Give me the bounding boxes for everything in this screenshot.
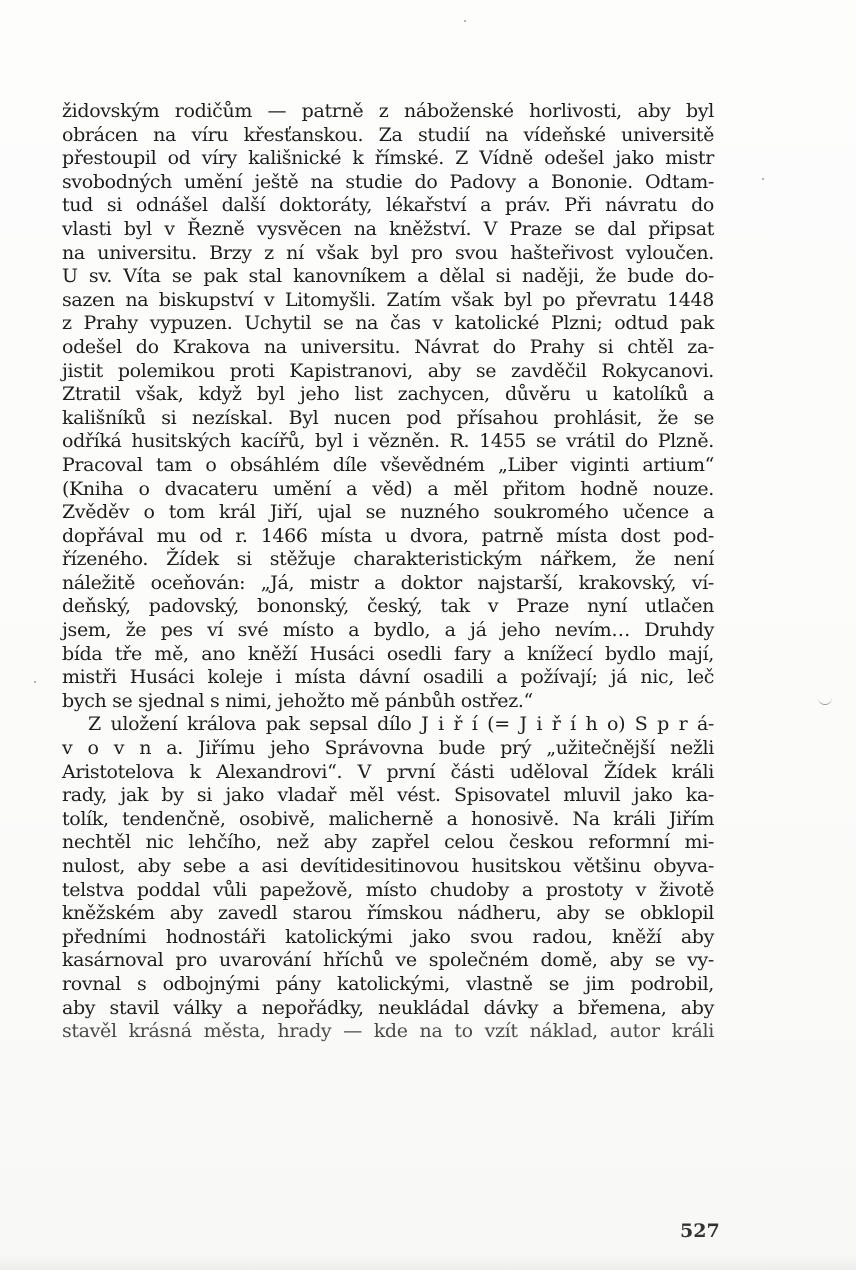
text-line: vlasti byl v Řezně vysvěcen na kněžství.… (62, 218, 714, 242)
page-number: 527 (680, 1220, 720, 1242)
text-line: bída tře mě, ano kněží Husáci osedli far… (62, 643, 714, 667)
text-line: jistit polemikou proti Kapistranovi, aby… (62, 360, 714, 384)
text-line: mistři Husáci koleje i místa dávní osadi… (62, 666, 714, 690)
text-line: kněžském aby zavedl starou římskou nádhe… (62, 902, 714, 926)
paragraph-1: židovským rodičům — patrně z náboženské … (62, 100, 714, 713)
text-line: z Prahy vypuzen. Uchytil se na čas v kat… (62, 312, 714, 336)
text-line: (Kniha o dvacateru umění a věd) a měl př… (62, 478, 714, 502)
text-line: řízeného. Žídek si stěžuje charakteristi… (62, 548, 714, 572)
text-line: Pracoval tam o obsáhlém díle vševědném „… (62, 454, 714, 478)
text-line: Z uložení králova pak sepsal dílo J i ř … (62, 713, 714, 737)
text-line: na universitu. Brzy z ní však byl pro sv… (62, 242, 714, 266)
text-line: rovnal s odbojnými pány katolickými, vla… (62, 973, 714, 997)
text-line: dopřával mu od r. 1466 místa u dvora, pa… (62, 525, 714, 549)
text-line: bych se sjednal s nimi, jehožto mě pánbů… (62, 690, 714, 714)
text-line: náležitě oceňován: „Já, mistr a doktor n… (62, 572, 714, 596)
text-line: obrácen na víru křesťanskou. Za studií n… (62, 124, 714, 148)
text-line: stavěl krásná města, hrady — kde na to v… (62, 1020, 714, 1044)
pencil-margin-mark (818, 697, 832, 705)
text-line: odříká husitských kacířů, byl i vězněn. … (62, 430, 714, 454)
text-line: přestoupil od víry kališnické k římské. … (62, 147, 714, 171)
text-line: židovským rodičům — patrně z náboženské … (62, 100, 714, 124)
text-line: sazen na biskupství v Litomyšli. Zatím v… (62, 289, 714, 313)
text-line: U sv. Víta se pak stal kanovníkem a děla… (62, 265, 714, 289)
paragraph-2: Z uložení králova pak sepsal dílo J i ř … (62, 713, 714, 1043)
text-line: odešel do Krakova na universitu. Návrat … (62, 336, 714, 360)
text-line: svobodných umění ještě na studie do Pado… (62, 171, 714, 195)
scan-speck (464, 20, 466, 22)
text-line: tud si odnášel další doktoráty, lékařstv… (62, 194, 714, 218)
text-line: rady, jak by si jako vladař měl vést. Sp… (62, 784, 714, 808)
text-line: Zvěděv o tom král Jiří, ujal se nuzného … (62, 501, 714, 525)
text-line: Aristotelova k Alexandrovi“. V první čás… (62, 761, 714, 785)
text-line: kališníků si nezískal. Byl nucen pod pří… (62, 407, 714, 431)
body-text: židovským rodičům — patrně z náboženské … (62, 100, 714, 1044)
text-line: telstva poddal vůli papežově, místo chud… (62, 879, 714, 903)
text-line: aby stavil války a nepořádky, neukládal … (62, 997, 714, 1021)
text-line: tolík, tendenčně, osobivě, malicherně a … (62, 808, 714, 832)
text-line: Ztratil však, když byl jeho list zachyce… (62, 383, 714, 407)
book-page: židovským rodičům — patrně z náboženské … (0, 0, 856, 1270)
text-line: nulost, aby sebe a asi devítidesitinovou… (62, 855, 714, 879)
text-line: kasárnoval pro uvarování hříchů ve spole… (62, 949, 714, 973)
text-line: předními hodnostáři katolickými jako svo… (62, 926, 714, 950)
scan-speck (34, 681, 36, 683)
scan-speck (762, 178, 764, 180)
scan-edge (0, 1255, 856, 1270)
text-line: jsem, že pes ví své místo a bydlo, a já … (62, 619, 714, 643)
text-line: deňský, padovský, bononský, český, tak v… (62, 595, 714, 619)
text-line: nechtěl nic lehčího, než aby zapřel celo… (62, 831, 714, 855)
text-line: v o v n a. Jiřímu jeho Správovna bude pr… (62, 737, 714, 761)
